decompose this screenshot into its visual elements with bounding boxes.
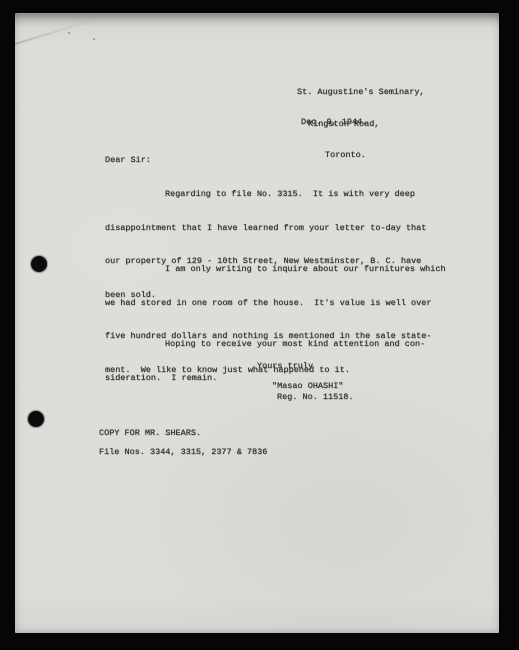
body-line: we had stored in one room of the house. … xyxy=(105,299,446,316)
hole-punch-mark xyxy=(28,411,44,427)
body-line: disappointment that I have learned from … xyxy=(105,224,426,241)
document-page: St. Augustine's Seminary, Kingston Road,… xyxy=(15,13,499,633)
closing-line: Yours truly xyxy=(257,362,313,371)
date-line: Dec. 9, 1944. xyxy=(301,118,367,127)
salutation: Dear Sir: xyxy=(105,156,151,165)
signature-name: "Masao OHASHI" xyxy=(272,382,343,391)
registration-number: Reg. No. 11518. xyxy=(277,393,354,402)
body-line: I am only writing to inquire about our f… xyxy=(105,265,446,282)
body-line: Hoping to receive your most kind attenti… xyxy=(105,340,425,357)
letterhead-line: Toronto. xyxy=(297,151,425,166)
paper-speck xyxy=(93,38,95,40)
copy-note: COPY FOR MR. SHEARS. xyxy=(99,429,201,438)
file-numbers: File Nos. 3344, 3315, 2377 & 7836 xyxy=(99,448,267,457)
body-line: Regarding to file No. 3315. It is with v… xyxy=(105,190,426,207)
letterhead-line: St. Augustine's Seminary, xyxy=(297,88,425,103)
scan-background: St. Augustine's Seminary, Kingston Road,… xyxy=(0,0,519,650)
body-line: sideration. I remain. xyxy=(105,374,425,391)
paper-speck xyxy=(68,32,70,34)
hole-punch-mark xyxy=(31,256,47,272)
